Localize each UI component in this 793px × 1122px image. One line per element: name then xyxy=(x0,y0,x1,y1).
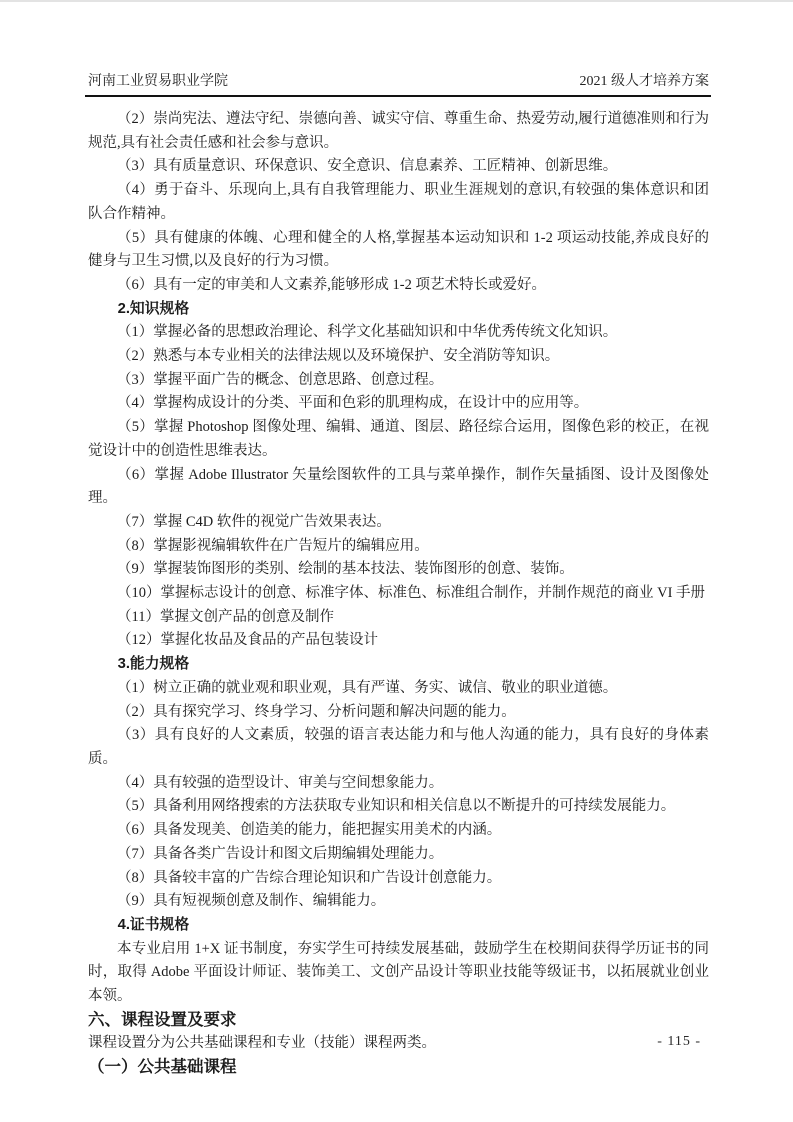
paragraph: （6）具备发现美、创造美的能力，能把握实用美术的内涵。 xyxy=(88,819,709,843)
paragraph: （6）具有一定的审美和人文素养,能够形成 1-2 项艺术特长或爱好。 xyxy=(88,274,709,298)
paragraph: （1）掌握必备的思想政治理论、科学文化基础知识和中华优秀传统文化知识。 xyxy=(88,321,709,345)
document-page: 河南工业贸易职业学院 2021 级人才培养方案 （2）崇尚宪法、遵法守纪、崇德向… xyxy=(0,0,793,1122)
paragraph: （8）掌握影视编辑软件在广告短片的编辑应用。 xyxy=(88,535,709,559)
paragraph: （2）崇尚宪法、遵法守纪、崇德向善、诚实守信、尊重生命、热爱劳动,履行道德准则和… xyxy=(88,108,709,155)
paragraph: （1）树立正确的就业观和职业观，具有严谨、务实、诚信、敬业的职业道德。 xyxy=(88,677,709,701)
paragraph: （6）掌握 Adobe Illustrator 矢量绘图软件的工具与菜单操作，制… xyxy=(88,464,709,511)
paragraph: （3）具有质量意识、环保意识、安全意识、信息素养、工匠精神、创新思维。 xyxy=(88,155,709,179)
paragraph: （9）掌握装饰图形的类别、绘制的基本技法、装饰图形的创意、装饰。 xyxy=(88,558,709,582)
paragraph: （2）熟悉与本专业相关的法律法规以及环境保护、安全消防等知识。 xyxy=(88,345,709,369)
section-heading-ability: 3.能力规格 xyxy=(88,653,709,677)
paragraph: （12）掌握化妆品及食品的产品包装设计 xyxy=(88,629,709,653)
paragraph: （7）具备各类广告设计和图文后期编辑处理能力。 xyxy=(88,843,709,867)
document-body: （2）崇尚宪法、遵法守纪、崇德向善、诚实守信、尊重生命、热爱劳动,履行道德准则和… xyxy=(88,108,709,1080)
paragraph: （4）具有较强的造型设计、审美与空间想象能力。 xyxy=(88,772,709,796)
chapter-title-course-setup: 六、课程设置及要求 xyxy=(88,1009,709,1033)
paragraph: 本专业启用 1+X 证书制度，夯实学生可持续发展基础，鼓励学生在校期间获得学历证… xyxy=(88,938,709,1009)
paragraph: （3）掌握平面广告的概念、创意思路、创意过程。 xyxy=(88,369,709,393)
page-header: 河南工业贸易职业学院 2021 级人才培养方案 xyxy=(88,72,709,92)
header-rule xyxy=(85,95,711,97)
paragraph: （5）具备利用网络搜索的方法获取专业知识和相关信息以不断提升的可持续发展能力。 xyxy=(88,795,709,819)
header-school-name: 河南工业贸易职业学院 xyxy=(88,72,228,92)
paragraph: （7）掌握 C4D 软件的视觉广告效果表达。 xyxy=(88,511,709,535)
paragraph: （5）掌握 Photoshop 图像处理、编辑、通道、图层、路径综合运用，图像色… xyxy=(88,416,709,463)
paragraph: 课程设置分为公共基础课程和专业（技能）课程两类。 xyxy=(88,1032,709,1056)
paragraph: （11）掌握文创产品的创意及制作 xyxy=(88,606,709,630)
section-heading-certificate: 4.证书规格 xyxy=(88,914,709,938)
paragraph: （5）具有健康的体魄、心理和健全的人格,掌握基本运动知识和 1-2 项运动技能,… xyxy=(88,227,709,274)
paragraph: （10）掌握标志设计的创意、标准字体、标准色、标准组合制作，并制作规范的商业 V… xyxy=(88,582,709,606)
paragraph: （4）掌握构成设计的分类、平面和色彩的肌理构成，在设计中的应用等。 xyxy=(88,392,709,416)
subsection-title-public-courses: （一）公共基础课程 xyxy=(88,1056,709,1080)
section-heading-knowledge: 2.知识规格 xyxy=(88,298,709,322)
paragraph: （4）勇于奋斗、乐现向上,具有自我管理能力、职业生涯规划的意识,有较强的集体意识… xyxy=(88,179,709,226)
paragraph: （2）具有探究学习、终身学习、分析问题和解决问题的能力。 xyxy=(88,701,709,725)
header-doc-title: 2021 级人才培养方案 xyxy=(580,72,710,92)
paragraph: （9）具有短视频创意及制作、编辑能力。 xyxy=(88,890,709,914)
paragraph: （8）具备较丰富的广告综合理论知识和广告设计创意能力。 xyxy=(88,867,709,891)
page-number: - 115 - xyxy=(657,1034,701,1050)
paragraph: （3）具有良好的人文素质，较强的语言表达能力和与他人沟通的能力，具有良好的身体素… xyxy=(88,724,709,771)
